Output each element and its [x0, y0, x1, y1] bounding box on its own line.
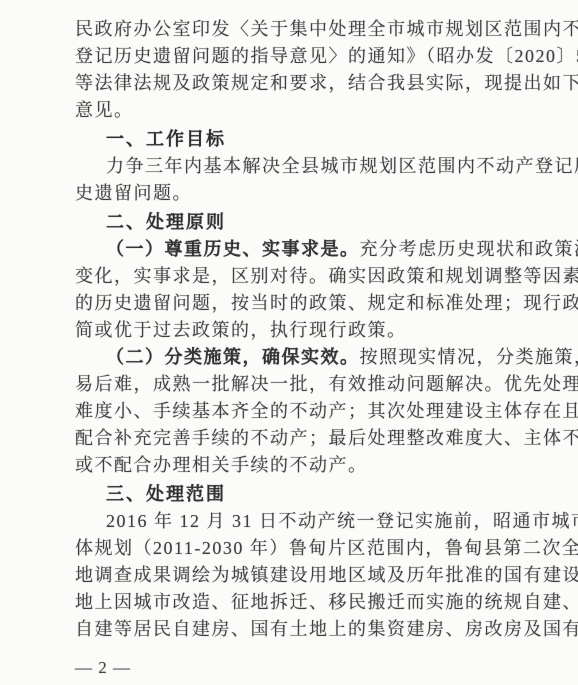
section-heading-principles: 二、处理原则: [75, 209, 508, 236]
paragraph-line: 易后难，成熟一批解决一批，有效推动问题解决。优先处理整改: [75, 371, 508, 398]
paragraph-line: 意见。: [75, 97, 508, 124]
paragraph-line: 等法律法规及政策规定和要求，结合我县实际，现提出如下实施: [75, 70, 508, 97]
paragraph-line: 变化，实事求是，区别对待。确实因政策和规划调整等因素形成: [75, 263, 508, 290]
paragraph-line: 民政府办公室印发〈关于集中处理全市城市规划区范围内不动产: [75, 16, 508, 43]
clause-body: 按照现实情况，分类施策，先: [360, 347, 578, 367]
paragraph-line: 史遗留问题。: [75, 180, 508, 207]
section-heading-scope: 三、处理范围: [75, 481, 508, 508]
document-body: 民政府办公室印发〈关于集中处理全市城市规划区范围内不动产 登记历史遗留问题的指导…: [75, 16, 508, 643]
section-heading-work-goal: 一、工作目标: [75, 126, 508, 153]
clause-lead-2: （二）分类施策，确保实效。: [106, 347, 360, 367]
page-number: — 2 —: [75, 658, 131, 678]
paragraph-line: 的历史遗留问题，按当时的政策、规定和标准处理；现行政策从: [75, 290, 508, 317]
paragraph-line: （一）尊重历史、实事求是。充分考虑历史现状和政策法规: [75, 236, 508, 263]
paragraph-line: 登记历史遗留问题的指导意见〉的通知》（昭办发〔2020〕5 号）: [75, 43, 508, 70]
document-page: 民政府办公室印发〈关于集中处理全市城市规划区范围内不动产 登记历史遗留问题的指导…: [0, 0, 578, 685]
paragraph-line: 自建等居民自建房、国有土地上的集资建房、房改房及国有建设: [75, 616, 508, 643]
clause-body: 充分考虑历史现状和政策法规: [360, 239, 578, 259]
paragraph-line: 地上因城市改造、征地拆迁、移民搬迁而实施的统规自建、划地: [75, 589, 508, 616]
paragraph-line: 配合补充完善手续的不动产；最后处理整改难度大、主体不存在: [75, 425, 508, 452]
paragraph-line: 难度小、手续基本齐全的不动产；其次处理建设主体存在且愿意: [75, 398, 508, 425]
paragraph-line: 或不配合办理相关手续的不动产。: [75, 452, 508, 479]
paragraph-line: （二）分类施策，确保实效。按照现实情况，分类施策，先: [75, 344, 508, 371]
paragraph-line: 2016 年 12 月 31 日不动产统一登记实施前，昭通市城市总: [75, 508, 508, 535]
paragraph-line: 体规划（2011-2030 年）鲁甸片区范围内，鲁甸县第二次全国土: [75, 535, 508, 562]
paragraph-line: 简或优于过去政策的，执行现行政策。: [75, 317, 508, 344]
clause-lead-1: （一）尊重历史、实事求是。: [106, 239, 360, 259]
paragraph-line: 力争三年内基本解决全县城市规划区范围内不动产登记历: [75, 153, 508, 180]
paragraph-line: 地调查成果调绘为城镇建设用地区域及历年批准的国有建设用: [75, 562, 508, 589]
